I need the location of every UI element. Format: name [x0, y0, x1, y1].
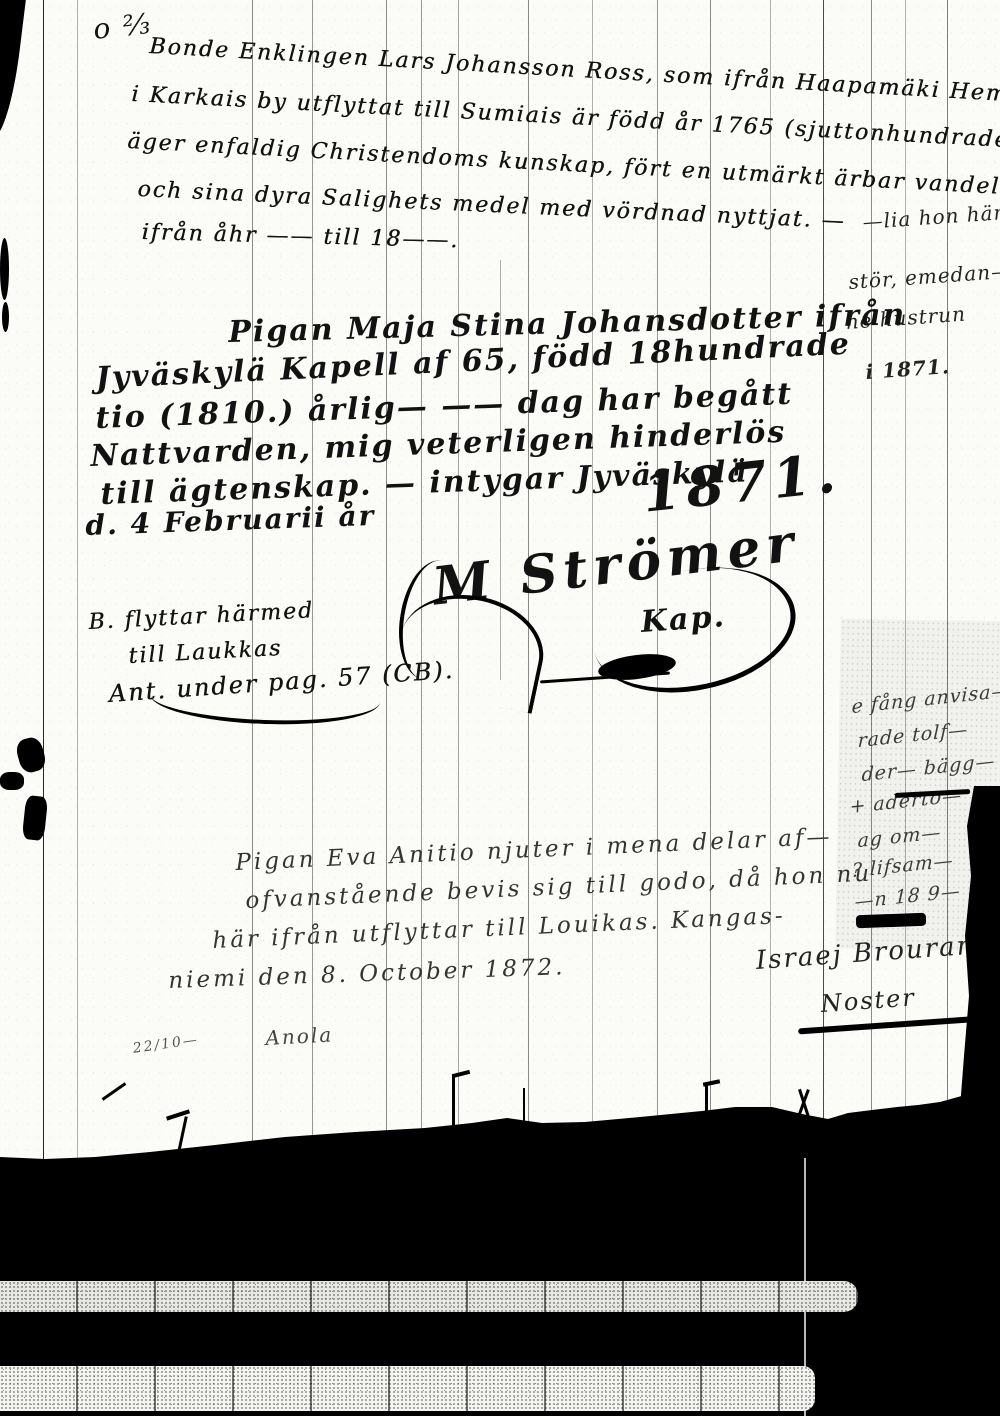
handwritten-line: niemi den 8. October 1872.: [168, 956, 566, 993]
scanned-document-page: o ⅔ Bonde Enklingen Lars Johansson Ross,…: [0, 0, 1000, 1416]
fold-line: [77, 0, 78, 1160]
signature-title: Noster: [820, 985, 917, 1016]
margin-line: i 1871.: [865, 356, 950, 382]
scan-edge-mark: [2, 302, 9, 332]
handwritten-line: här ifrån utflyttar till Louikas. Kangas…: [212, 905, 786, 953]
scan-corner-blob: [0, 0, 27, 139]
tick-mark: [452, 1070, 470, 1078]
tick-mark: [703, 1079, 720, 1086]
marginal-mark: o ⅔: [92, 10, 154, 44]
handwritten-line: ifrån åhr —— till 18——.: [141, 222, 459, 252]
scan-edge-mark: [0, 772, 24, 790]
tick-mark: [102, 1082, 127, 1101]
signature-underline: [798, 1016, 983, 1035]
scan-edge-mark: [22, 795, 48, 841]
signature-brouran: Israej Brouran: [755, 933, 976, 974]
scan-edge-mark: [0, 238, 9, 300]
note-line: B. flyttar härmed: [88, 600, 315, 634]
note-line: till Laukkas: [128, 638, 283, 668]
date-fragment: 22/10—: [132, 1033, 200, 1056]
ink-blob: [856, 913, 926, 928]
scan-grey-band: [0, 1366, 815, 1411]
handwritten-line: d. 4 Februarii år: [85, 502, 376, 540]
footnote-word: Anola: [265, 1024, 334, 1048]
scan-grey-band: [0, 1281, 858, 1312]
fold-line: [43, 0, 44, 1160]
margin-line: —lia hon hän—: [862, 200, 1000, 232]
